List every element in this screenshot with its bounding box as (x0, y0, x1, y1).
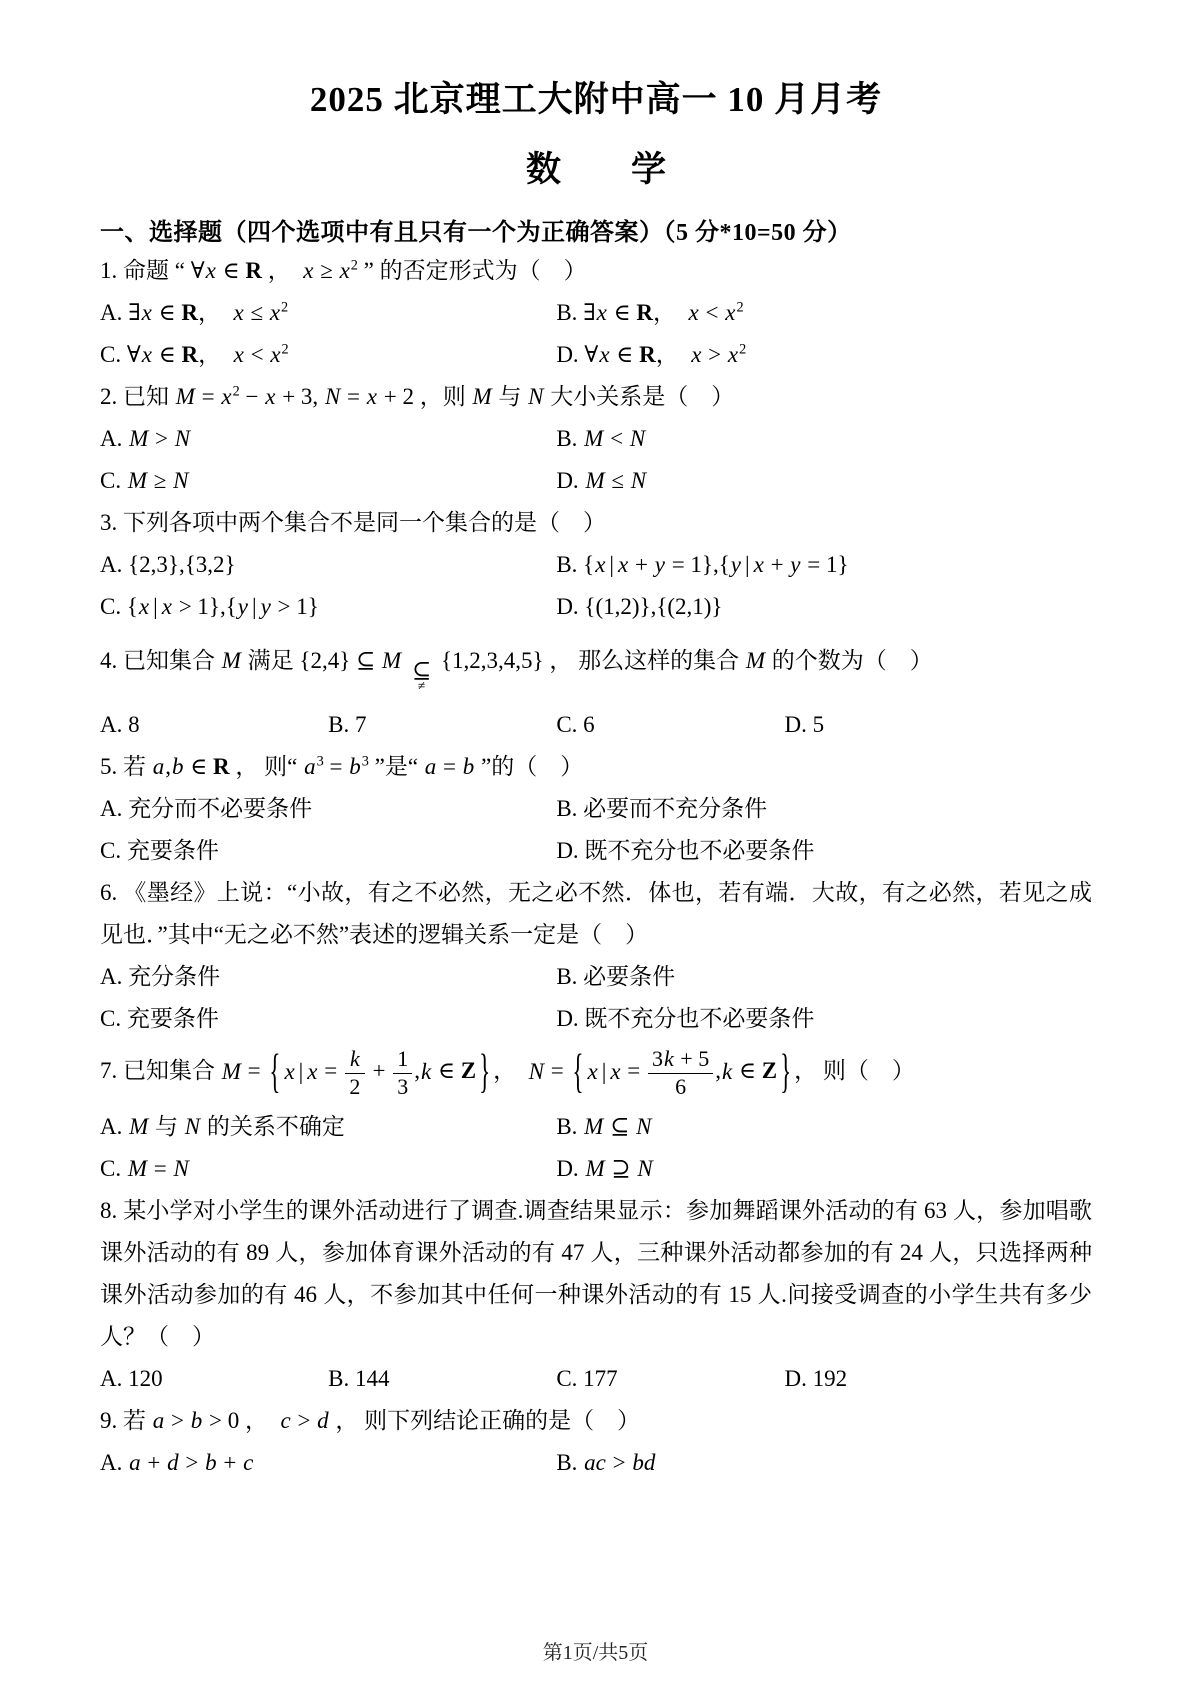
question-options: A. 充分而不必要条件 B. 必要而不充分条件 C. 充要条件 D. 既不充分也… (100, 788, 1092, 872)
option: C. M = N (100, 1148, 556, 1190)
option: D. M ⊇ N (556, 1148, 1092, 1190)
question-options: A. a + d > b + c B. ac > bd (100, 1442, 1092, 1484)
question-options: A. ∃x ∈ R， x ≤ x2 B. ∃x ∈ R， x < x2 C. ∀… (100, 292, 1092, 376)
question-options: A. 充分条件 B. 必要条件 C. 充要条件 D. 既不充分也不必要条件 (100, 956, 1092, 1040)
option: B. M < N (556, 418, 1092, 460)
question-stem: 7. 已知集合 M = {x|x = k2 + 13,k ∈ Z}， N = {… (100, 1040, 1092, 1106)
question-options: A. M 与 N 的关系不确定 B. M ⊆ N C. M = N D. M ⊇… (100, 1106, 1092, 1190)
option: A. {2,3},{3,2} (100, 544, 556, 586)
option: C. ∀x ∈ R， x < x2 (100, 334, 556, 376)
question-7: 7. 已知集合 M = {x|x = k2 + 13,k ∈ Z}， N = {… (100, 1040, 1092, 1190)
question-8: 8. 某小学对小学生的课外活动进行了调查.调查结果显示：参加舞蹈课外活动的有 6… (100, 1190, 1092, 1400)
question-stem: 9. 若 a > b > 0 ， c > d ， 则下列结论正确的是（ ） (100, 1400, 1092, 1442)
question-2: 2. 已知 M = x2 − x + 3, N = x + 2 ，则 M 与 N… (100, 376, 1092, 502)
option: D. ∀x ∈ R， x > x2 (556, 334, 1092, 376)
question-options: A. 8 B. 7 C. 6 D. 5 (100, 704, 1092, 746)
question-3: 3. 下列各项中两个集合不是同一个集合的是（ ） A. {2,3},{3,2} … (100, 502, 1092, 628)
question-options: A. 120 B. 144 C. 177 D. 192 (100, 1358, 1092, 1400)
option: A. a + d > b + c (100, 1442, 556, 1484)
question-stem: 6. 《墨经》上说：“小故，有之不必然，无之必不然．体也，若有端．大故，有之必然… (100, 872, 1092, 956)
option: C. 充要条件 (100, 830, 556, 872)
option: B. 144 (328, 1358, 556, 1400)
question-9: 9. 若 a > b > 0 ， c > d ， 则下列结论正确的是（ ） A.… (100, 1400, 1092, 1484)
question-stem: 3. 下列各项中两个集合不是同一个集合的是（ ） (100, 502, 1092, 544)
option: D. 5 (784, 704, 1092, 746)
option: D. M ≤ N (556, 460, 1092, 502)
option: B. 7 (328, 704, 556, 746)
question-4: 4. 已知集合 M 满足 {2,4} ⊆ M ⊆≠ {1,2,3,4,5} ， … (100, 640, 1092, 746)
section-header: 一、选择题（四个选项中有且只有一个为正确答案）（5 分*10=50 分） (100, 216, 1092, 250)
option: D. {(1,2)},{(2,1)} (556, 586, 1092, 628)
question-stem: 5. 若 a,b ∈ R ， 则“ a3 = b3 ”是“ a = b ”的（ … (100, 746, 1092, 788)
question-6: 6. 《墨经》上说：“小故，有之不必然，无之必不然．体也，若有端．大故，有之必然… (100, 872, 1092, 1040)
option: B. ac > bd (556, 1442, 1092, 1484)
question-stem: 1. 命题 “ ∀x ∈ R ， x ≥ x2 ” 的否定形式为（ ） (100, 250, 1092, 292)
question-stem: 8. 某小学对小学生的课外活动进行了调查.调查结果显示：参加舞蹈课外活动的有 6… (100, 1190, 1092, 1358)
option: A. 8 (100, 704, 328, 746)
subject-title: 数 学 (100, 148, 1092, 192)
option: D. 192 (784, 1358, 1092, 1400)
page-footer: 第1页/共5页 (0, 1636, 1191, 1665)
option: D. 既不充分也不必要条件 (556, 998, 1092, 1040)
option: B. 必要条件 (556, 956, 1092, 998)
option: C. 177 (556, 1358, 784, 1400)
question-1: 1. 命题 “ ∀x ∈ R ， x ≥ x2 ” 的否定形式为（ ） A. ∃… (100, 250, 1092, 376)
option: B. 必要而不充分条件 (556, 788, 1092, 830)
option: B. M ⊆ N (556, 1106, 1092, 1148)
question-options: A. {2,3},{3,2} B. {x|x + y = 1},{y|x + y… (100, 544, 1092, 628)
option: A. 充分而不必要条件 (100, 788, 556, 830)
option: C. M ≥ N (100, 460, 556, 502)
option: A. 充分条件 (100, 956, 556, 998)
question-stem: 2. 已知 M = x2 − x + 3, N = x + 2 ，则 M 与 N… (100, 376, 1092, 418)
option: A. 120 (100, 1358, 328, 1400)
option: C. {x|x > 1},{y|y > 1} (100, 586, 556, 628)
question-stem: 4. 已知集合 M 满足 {2,4} ⊆ M ⊆≠ {1,2,3,4,5} ， … (100, 640, 1092, 692)
option: B. ∃x ∈ R， x < x2 (556, 292, 1092, 334)
page-title: 2025 北京理工大附中高一 10 月月考 (100, 78, 1092, 122)
question-5: 5. 若 a,b ∈ R ， 则“ a3 = b3 ”是“ a = b ”的（ … (100, 746, 1092, 872)
question-options: A. M > N B. M < N C. M ≥ N D. M ≤ N (100, 418, 1092, 502)
option: B. {x|x + y = 1},{y|x + y = 1} (556, 544, 1092, 586)
option: A. M > N (100, 418, 556, 460)
option: A. ∃x ∈ R， x ≤ x2 (100, 292, 556, 334)
option: D. 既不充分也不必要条件 (556, 830, 1092, 872)
option: C. 6 (556, 704, 784, 746)
page-content: 2025 北京理工大附中高一 10 月月考 数 学 一、选择题（四个选项中有且只… (100, 78, 1092, 1484)
